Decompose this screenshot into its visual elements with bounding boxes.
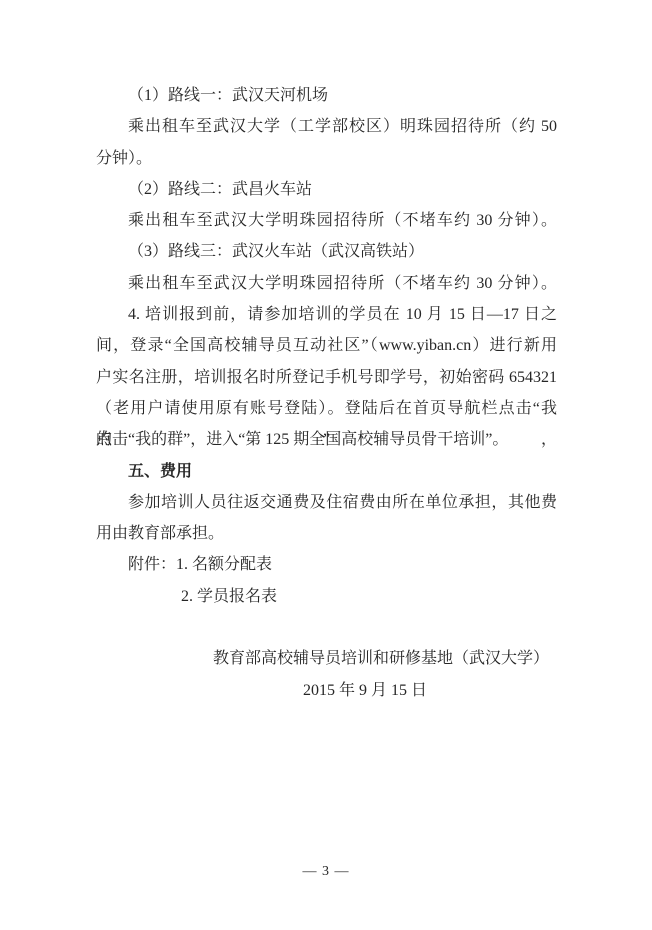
route-3-detail: 乘出租车至武汉大学明珠园招待所（不堵车约 30 分钟）。 bbox=[96, 268, 557, 299]
registration-para-line-1: 4. 培训报到前，请参加培训的学员在 10 月 15 日—17 日之 bbox=[96, 299, 557, 330]
page-number: — 3 — bbox=[0, 861, 652, 883]
section-heading-fees: 五、费用 bbox=[96, 456, 557, 487]
route-2-detail: 乘出租车至武汉大学明珠园招待所（不堵车约 30 分钟）。 bbox=[96, 205, 557, 236]
route-1-detail-line-1: 乘出租车至武汉大学（工学部校区）明珠园招待所（约 50 bbox=[96, 111, 557, 142]
document-page: （1）路线一：武汉天河机场 乘出租车至武汉大学（工学部校区）明珠园招待所（约 5… bbox=[0, 0, 652, 930]
document-body: （1）路线一：武汉天河机场 乘出租车至武汉大学（工学部校区）明珠园招待所（约 5… bbox=[96, 80, 557, 706]
signature-date: 2015 年 9 月 15 日 bbox=[96, 675, 557, 706]
route-2-heading: （2）路线二：武昌火车站 bbox=[96, 174, 557, 205]
route-1-detail-line-2: 分钟）。 bbox=[96, 143, 557, 174]
attachment-item-1: 附件：1. 名额分配表 bbox=[96, 549, 557, 580]
registration-para-line-5: 点击“我的群”，进入“第 125 期全国高校辅导员骨干培训”。 bbox=[96, 424, 557, 455]
registration-para-line-3: 户实名注册，培训报名时所登记手机号即学号，初始密码 654321 bbox=[96, 362, 557, 393]
route-1-heading: （1）路线一：武汉天河机场 bbox=[96, 80, 557, 111]
signature-org: 教育部高校辅导员培训和研修基地（武汉大学） bbox=[96, 643, 557, 674]
registration-para-line-2: 间，登录“全国高校辅导员互动社区”（www.yiban.cn）进行新用 bbox=[96, 330, 557, 361]
fees-para-line-2: 用由教育部承担。 bbox=[96, 518, 557, 549]
fees-para-line-1: 参加培训人员往返交通费及住宿费由所在单位承担，其他费 bbox=[96, 487, 557, 518]
registration-para-line-4: （老用户请使用原有账号登陆）。登陆后在首页导航栏点击“我的”， bbox=[96, 393, 557, 424]
route-3-heading: （3）路线三：武汉火车站（武汉高铁站） bbox=[96, 236, 557, 267]
attachment-item-2: 2. 学员报名表 bbox=[96, 581, 557, 612]
